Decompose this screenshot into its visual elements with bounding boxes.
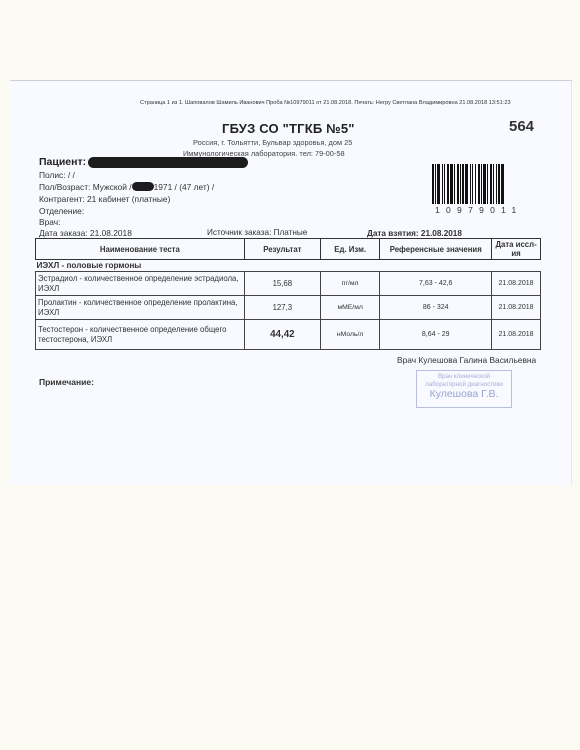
patient-label: Пациент:: [39, 156, 86, 168]
header-study-date: Дата исcл-ия: [492, 239, 541, 260]
policy-field: Полис: / /: [39, 170, 75, 180]
header-test-name: Наименование теста: [36, 239, 245, 260]
taken-date-field: Дата взятия: 21.08.2018: [367, 229, 462, 238]
contractor-field: Контрагент: 21 кабинет (платные): [39, 194, 170, 204]
order-source-field: Источник заказа: Платные: [207, 228, 307, 237]
stamp-line-1: Врач клинической: [417, 373, 511, 381]
redacted-patient-name: [88, 157, 248, 168]
test-reference: 7,63 - 42,6: [380, 272, 492, 296]
sex-age-field: Пол/Возраст: Мужской /1971 / (47 лет) /: [39, 182, 214, 192]
test-unit: нМоль/л: [320, 320, 379, 350]
table-header-row: Наименование теста Результат Ед. Изм. Ре…: [36, 239, 541, 260]
order-number: 564: [509, 118, 534, 135]
test-name: Пролактин - количественное определение п…: [36, 296, 245, 320]
test-date: 21.08.2018: [492, 320, 541, 350]
notes-label: Примечание:: [39, 377, 94, 387]
test-date: 21.08.2018: [492, 272, 541, 296]
sex-age-suffix: 1971 / (47 лет) /: [154, 182, 215, 192]
doctor-stamp: Врач клинической лабораторной диагностик…: [416, 370, 512, 408]
table-row: Эстрадиол - количественное определение э…: [36, 272, 541, 296]
test-result: 127,3: [244, 296, 320, 320]
doctor-signature: Врач Кулешова Галина Васильевна: [397, 355, 536, 365]
barcode-image: [432, 164, 542, 204]
doctor-field: Врач:: [39, 217, 60, 227]
sex-age-prefix: Пол/Возраст: Мужской /: [39, 182, 132, 192]
test-unit: мМЕ/мл: [320, 296, 379, 320]
test-date: 21.08.2018: [492, 296, 541, 320]
header-unit: Ед. Изм.: [320, 239, 379, 260]
table-row: Пролактин - количественное определение п…: [36, 296, 541, 320]
group-title: ИЭХЛ - половые гормоны: [36, 260, 541, 272]
header-result: Результат: [244, 239, 320, 260]
table-row: Тестостерон - количественное определение…: [36, 320, 541, 350]
test-reference: 86 - 324: [380, 296, 492, 320]
test-name: Тестостерон - количественное определение…: [36, 320, 245, 350]
header-reference: Референсные значения: [380, 239, 492, 260]
test-reference: 8,64 - 29: [380, 320, 492, 350]
group-row: ИЭХЛ - половые гормоны: [36, 260, 541, 272]
test-result: 44,42: [244, 320, 320, 350]
barcode-number: 10979011: [435, 205, 541, 215]
organization-title: ГБУЗ СО "ТГКБ №5": [222, 121, 355, 136]
order-date-field: Дата заказа: 21.08.2018: [39, 228, 132, 238]
test-name: Эстрадиол - количественное определение э…: [36, 272, 245, 296]
test-result: 15,68: [244, 272, 320, 296]
stamp-name: Кулешова Г.В.: [417, 388, 511, 401]
stamp-line-2: лабораторной диагностики: [417, 381, 511, 389]
redacted-birthdate: [132, 182, 154, 191]
print-info-line: Страница 1 из 1. Шаповалов Шамиль Иванов…: [140, 100, 511, 106]
test-unit: пг/мл: [320, 272, 379, 296]
department-field: Отделение:: [39, 206, 84, 216]
organization-address: Россия, г. Тольятти, Бульвар здоровья, д…: [193, 138, 352, 147]
results-table: Наименование теста Результат Ед. Изм. Ре…: [35, 238, 541, 350]
